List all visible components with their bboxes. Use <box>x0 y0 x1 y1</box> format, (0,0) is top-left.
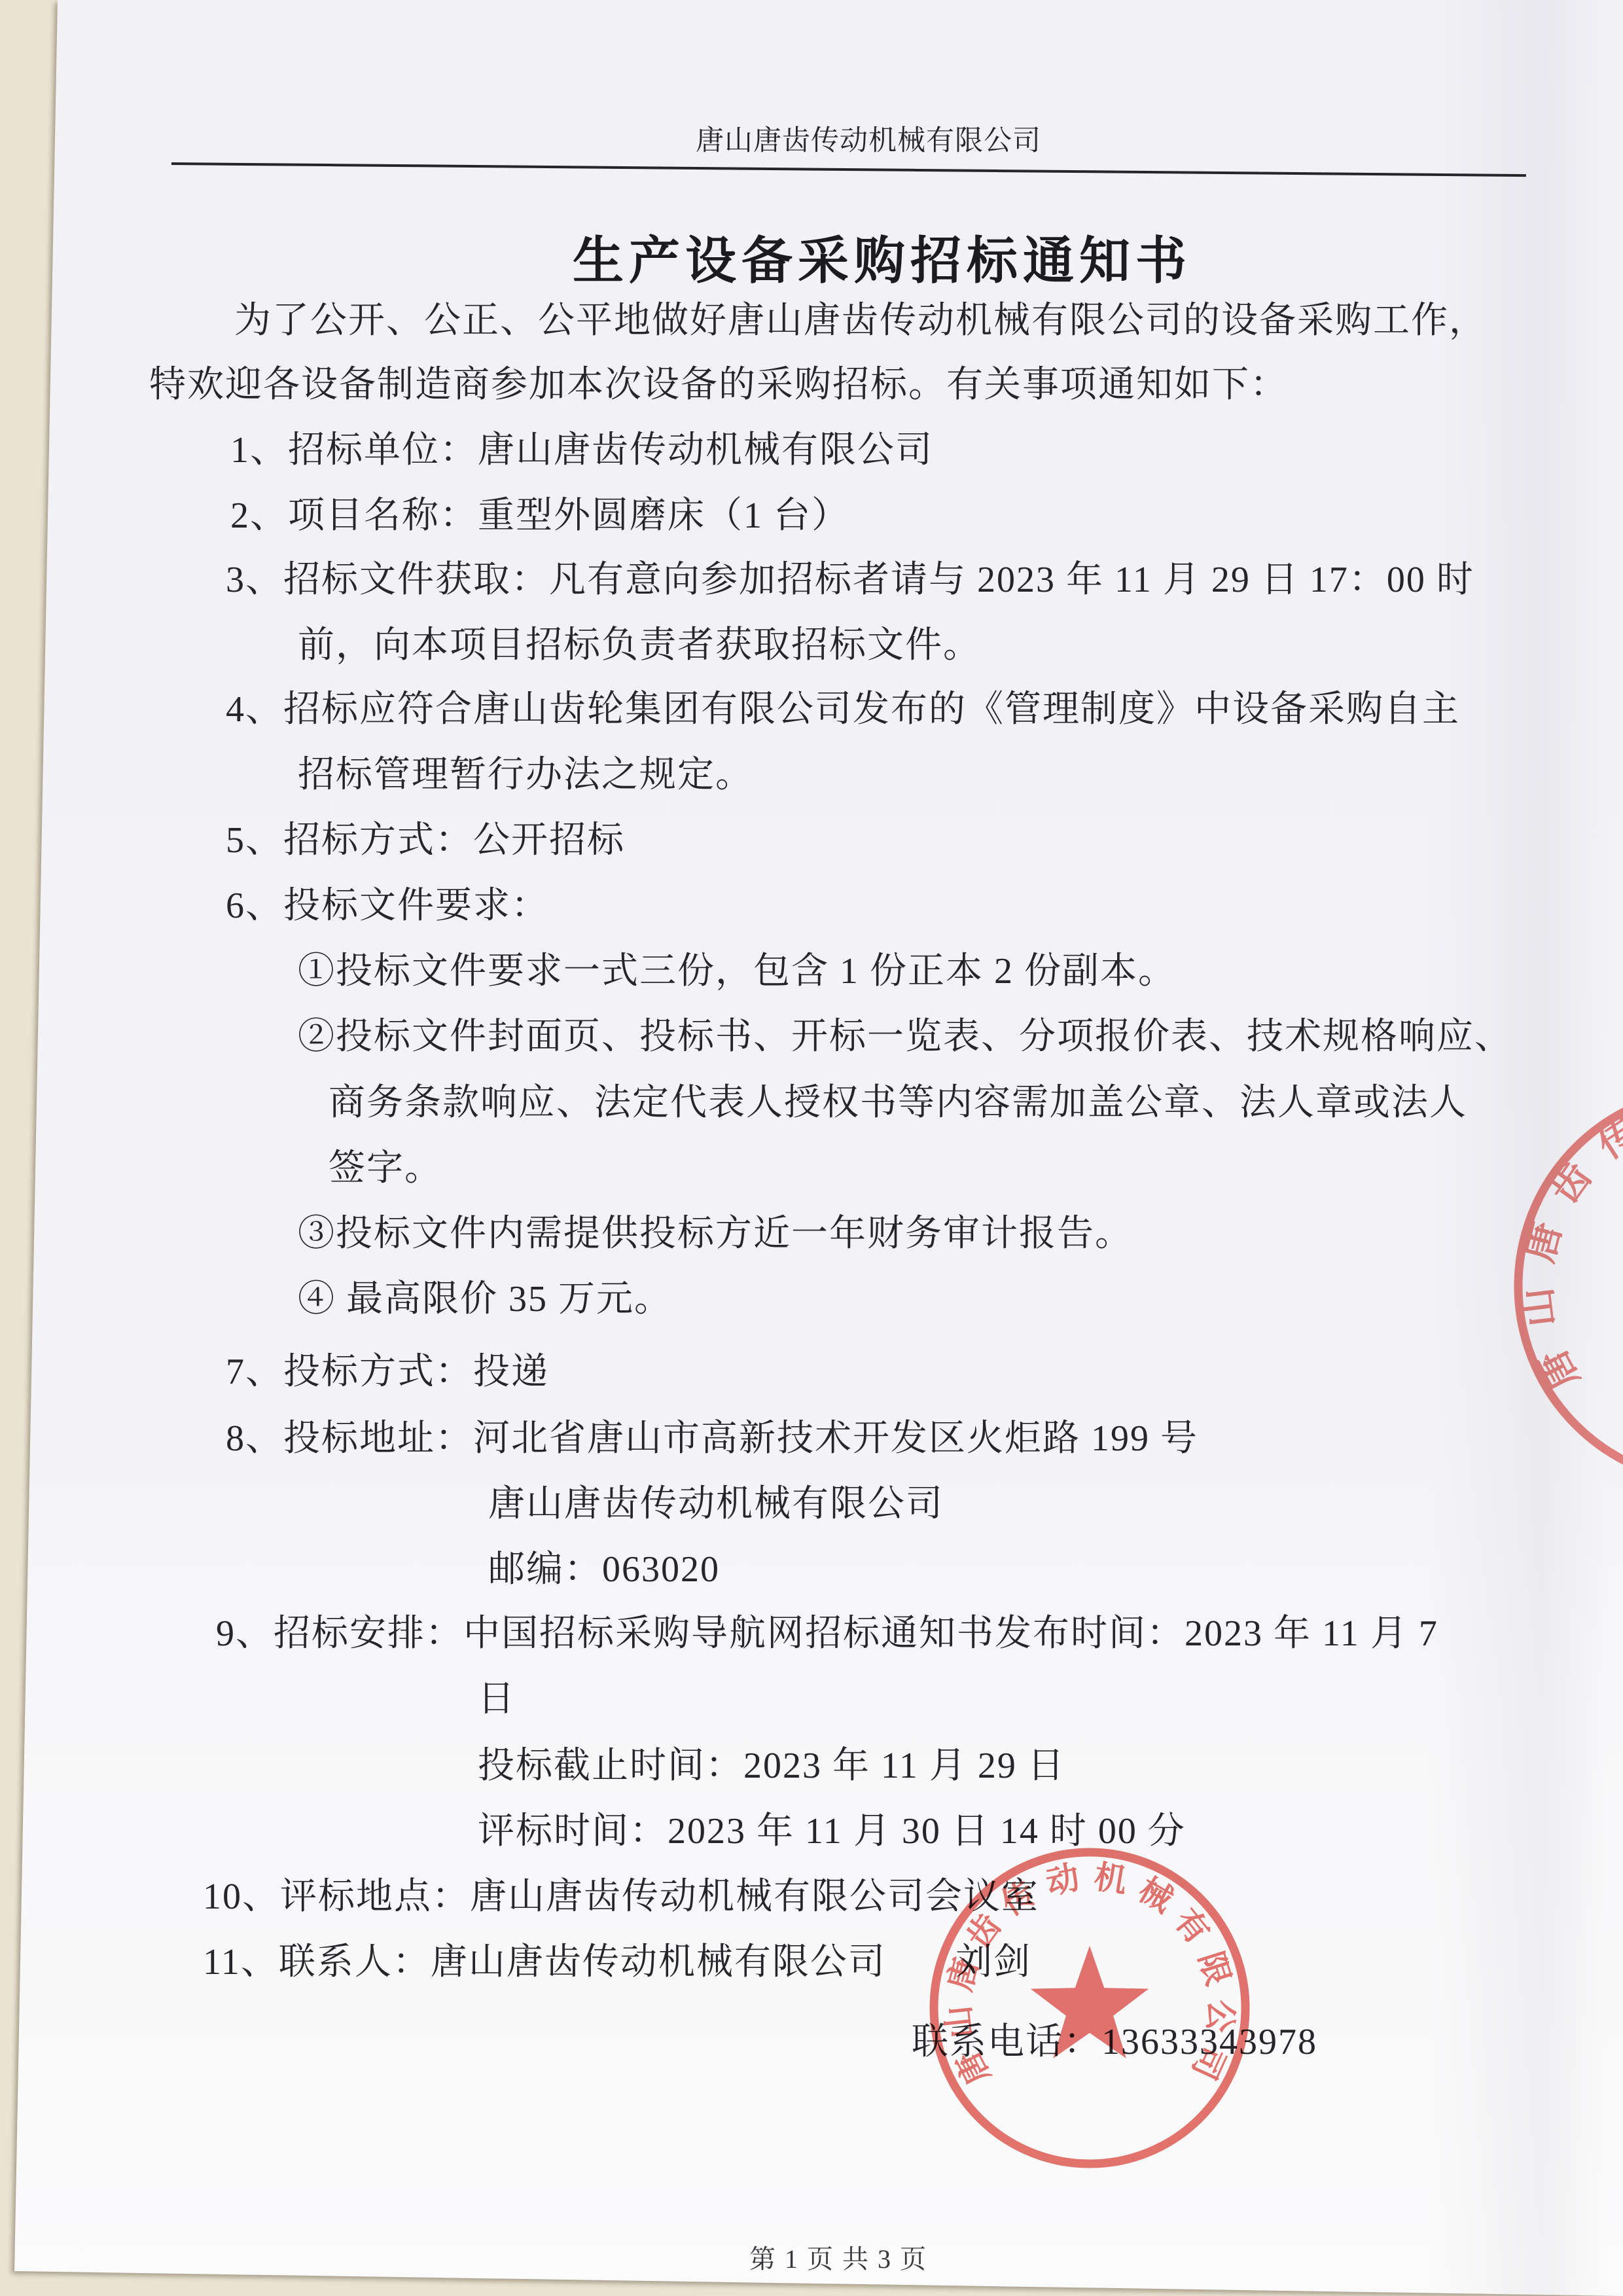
header-rule <box>171 162 1526 177</box>
requirement-1: ①投标文件要求一式三份，包含 1 份正本 2 份副本。 <box>298 953 1176 990</box>
requirement-2-line-1: ②投标文件封面页、投标书、开标一览表、分项报价表、技术规格响应、 <box>298 1018 1512 1055</box>
item-4-regulation-line-2: 招标管理暂行办法之规定。 <box>298 757 753 793</box>
item-9-schedule-line-1: 9、招标安排：中国招标采购导航网招标通知书发布时间：2023 年 11 月 7 <box>216 1615 1438 1652</box>
item-8-address-line-2: 唐山唐齿传动机械有限公司 <box>488 1486 944 1522</box>
item-8-address-line-1: 8、投标地址：河北省唐山市高新技术开发区火炬路 199 号 <box>226 1420 1198 1457</box>
requirement-4-price-cap: ④ 最高限价 35 万元。 <box>298 1281 672 1318</box>
intro-line-1: 为了公开、公正、公平地做好唐山唐齿传动机械有限公司的设备采购工作， <box>234 302 1487 339</box>
item-10-evaluation-place: 10、评标地点：唐山唐齿传动机械有限公司会议室 <box>203 1878 1039 1915</box>
item-7-submission-method: 7、投标方式：投递 <box>226 1354 549 1390</box>
requirement-2-line-2: 商务条款响应、法定代表人授权书等内容需加盖公章、法人章或法人 <box>329 1085 1467 1121</box>
star-icon <box>1031 1946 1149 2058</box>
requirement-2-line-3: 签字。 <box>329 1150 442 1187</box>
item-11-contact-person: 11、联系人：唐山唐齿传动机械有限公司 <box>203 1944 886 1981</box>
item-2-project-name: 2、项目名称：重型外圆磨床（1 台） <box>230 497 849 534</box>
item-3-doc-acquire-line-2: 前，向本项目招标负责者获取招标文件。 <box>298 627 981 664</box>
header-company: 唐山唐齿传动机械有限公司 <box>696 127 1041 155</box>
scanned-document: 唐山唐齿传动机械有限公司 生产设备采购招标通知书 为了公开、公正、公平地做好唐山… <box>0 0 1623 2296</box>
item-5-bid-method: 5、招标方式：公开招标 <box>226 822 625 859</box>
item-8-postal-code: 邮编：063020 <box>488 1551 720 1588</box>
requirement-3: ③投标文件内需提供投标方近一年财务审计报告。 <box>298 1215 1133 1252</box>
page-1: 唐山唐齿传动机械有限公司 生产设备采购招标通知书 为了公开、公正、公平地做好唐山… <box>0 0 1623 2296</box>
item-9-schedule-line-2: 日 <box>478 1681 516 1717</box>
page-title: 生产设备采购招标通知书 <box>573 236 1192 287</box>
footer-page-number: 第 1 页 共 3 页 <box>749 2246 927 2272</box>
item-3-doc-acquire-line-1: 3、招标文件获取：凡有意向参加招标者请与 2023 年 11 月 29 日 17… <box>226 562 1474 598</box>
paper-sheet: 唐山唐齿传动机械有限公司 生产设备采购招标通知书 为了公开、公正、公平地做好唐山… <box>0 0 1623 2296</box>
item-4-regulation-line-1: 4、招标应符合唐山齿轮集团有限公司发布的《管理制度》中设备采购自主 <box>226 691 1460 728</box>
item-9-deadline: 投标截止时间：2023 年 11 月 29 日 <box>478 1748 1065 1784</box>
item-6-requirements: 6、投标文件要求： <box>226 888 549 924</box>
company-seal-stamp: 唐山唐齿传动机械有限公司 <box>919 1838 1260 2178</box>
partial-seal-stamp: 唐山唐齿传动机械有限公司 <box>1486 1057 1623 1515</box>
item-1-bidding-unit: 1、招标单位：唐山唐齿传动机械有限公司 <box>230 432 933 469</box>
intro-line-2: 特欢迎各设备制造商参加本次设备的采购招标。有关事项通知如下： <box>149 367 1288 403</box>
